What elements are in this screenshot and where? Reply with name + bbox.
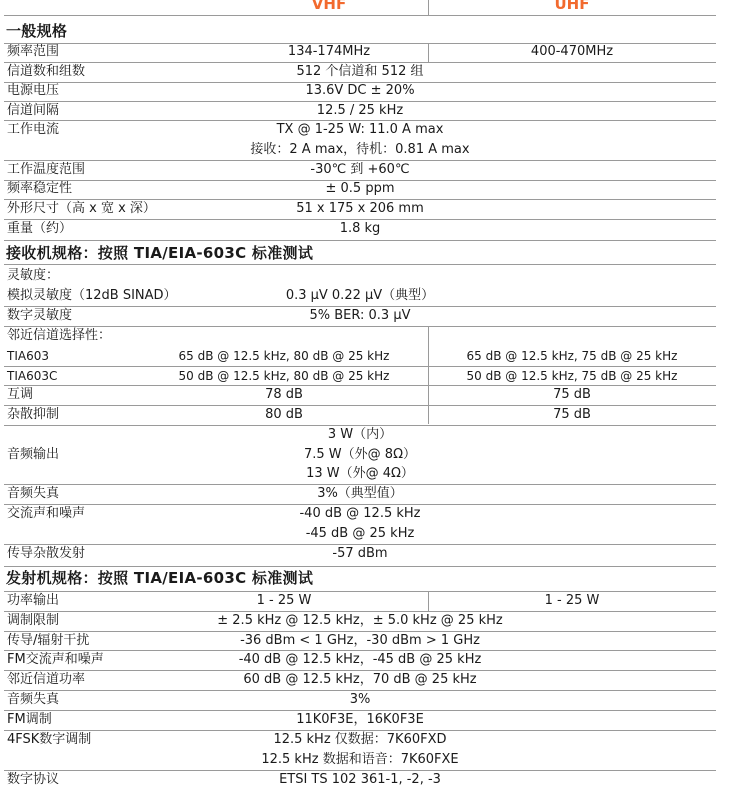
value-tia603c-vhf: 50 dB @ 12.5 kHz, 80 dB @ 25 kHz bbox=[140, 366, 428, 386]
value-4fsk-data-only: 12.5 kHz 仅数据：7K60FXD bbox=[4, 730, 716, 750]
value-fm-hum-noise: -40 dB @ 12.5 kHz，-45 dB @ 25 kHz bbox=[4, 650, 716, 670]
value-intermodulation-vhf: 78 dB bbox=[140, 385, 428, 405]
value-channels: 512 个信道和 512 组 bbox=[4, 62, 716, 82]
value-audio-output-internal: 3 W（内） bbox=[4, 425, 716, 445]
value-conducted-radiated-emission: -36 dBm < 1 GHz，-30 dBm > 1 GHz bbox=[4, 631, 716, 651]
label-sensitivity: 灵敏度： bbox=[7, 266, 59, 286]
value-current-drain-tx: TX @ 1-25 W: 11.0 A max bbox=[4, 120, 716, 140]
column-divider bbox=[428, 43, 429, 62]
column-header-uhf: UHF bbox=[428, 0, 716, 14]
value-digital-sensitivity: 5% BER: 0.3 μV bbox=[4, 306, 716, 326]
value-channel-spacing: 12.5 / 25 kHz bbox=[4, 101, 716, 121]
divider bbox=[4, 15, 716, 16]
value-operating-temperature: -30℃ 到 +60℃ bbox=[4, 160, 716, 180]
value-dimensions: 51 x 175 x 206 mm bbox=[4, 199, 716, 219]
header-divider bbox=[428, 0, 429, 15]
row-label-spurious-rejection: 杂散抑制 bbox=[7, 405, 59, 425]
label-adjacent-selectivity: 邻近信道选择性： bbox=[7, 326, 111, 346]
section-title-transmitter: 发射机规格：按照 TIA/EIA-603C 标准测试 bbox=[6, 567, 313, 589]
value-current-drain-rx: 接收：2 A max，待机：0.81 A max bbox=[4, 140, 716, 160]
row-label-frequency-range: 频率范围 bbox=[7, 42, 59, 62]
value-power-output-vhf: 1 - 25 W bbox=[140, 591, 428, 611]
value-weight: 1.8 kg bbox=[4, 219, 716, 239]
row-label-tia603c: TIA603C bbox=[7, 366, 57, 386]
divider bbox=[4, 264, 716, 265]
value-conducted-spurious: -57 dBm bbox=[4, 544, 716, 564]
value-modulation-limit: ± 2.5 kHz @ 12.5 kHz，± 5.0 kHz @ 25 kHz bbox=[4, 611, 716, 631]
value-tia603-vhf: 65 dB @ 12.5 kHz, 80 dB @ 25 kHz bbox=[140, 346, 428, 366]
value-supply-voltage: 13.6V DC ± 20% bbox=[4, 81, 716, 101]
value-tia603-uhf: 65 dB @ 12.5 kHz, 75 dB @ 25 kHz bbox=[428, 346, 716, 366]
value-power-output-uhf: 1 - 25 W bbox=[428, 591, 716, 611]
value-hum-noise-12k5: -40 dB @ 12.5 kHz bbox=[4, 504, 716, 524]
value-frequency-vhf: 134-174MHz bbox=[230, 42, 428, 62]
value-tia603c-uhf: 50 dB @ 12.5 kHz, 75 dB @ 25 kHz bbox=[428, 366, 716, 386]
value-intermodulation-uhf: 75 dB bbox=[428, 385, 716, 405]
section-title-general: 一般规格 bbox=[6, 20, 67, 42]
value-hum-noise-25k: -45 dB @ 25 kHz bbox=[4, 524, 716, 544]
value-audio-output-4ohm: 13 W（外@ 4Ω） bbox=[4, 464, 716, 484]
value-tx-audio-distortion: 3% bbox=[4, 690, 716, 710]
row-label-power-output: 功率输出 bbox=[7, 591, 59, 611]
row-label-intermodulation: 互调 bbox=[7, 385, 33, 405]
value-analog-sensitivity: 0.3 μV 0.22 μV（典型） bbox=[4, 286, 716, 306]
row-label-tia603: TIA603 bbox=[7, 346, 49, 366]
value-audio-output-8ohm: 7.5 W（外@ 8Ω） bbox=[4, 445, 716, 465]
divider bbox=[4, 240, 716, 241]
value-adjacent-channel-power: 60 dB @ 12.5 kHz，70 dB @ 25 kHz bbox=[4, 670, 716, 690]
value-frequency-uhf: 400-470MHz bbox=[428, 42, 716, 62]
section-title-receiver: 接收机规格：按照 TIA/EIA-603C 标准测试 bbox=[6, 242, 313, 264]
value-fm-modulation: 11K0F3E，16K0F3E bbox=[4, 710, 716, 730]
value-spurious-rejection-vhf: 80 dB bbox=[140, 405, 428, 425]
column-divider bbox=[428, 591, 429, 611]
value-digital-protocol: ETSI TS 102 361-1, -2, -3 bbox=[4, 770, 716, 790]
spec-sheet: VHF UHF 一般规格 频率范围 134-174MHz 400-470MHz … bbox=[0, 0, 733, 801]
value-4fsk-data-voice: 12.5 kHz 数据和语音：7K60FXE bbox=[4, 750, 716, 770]
value-frequency-stability: ± 0.5 ppm bbox=[4, 179, 716, 199]
value-audio-distortion: 3%（典型值） bbox=[4, 484, 716, 504]
value-spurious-rejection-uhf: 75 dB bbox=[428, 405, 716, 425]
column-header-vhf: VHF bbox=[230, 0, 428, 14]
